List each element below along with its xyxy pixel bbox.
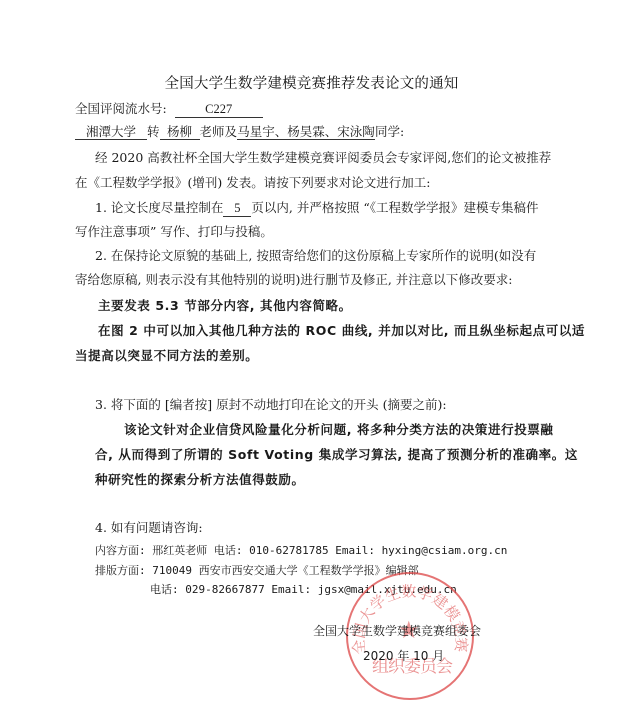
content-contact: 内容方面: 邢红英老师 电话: 010-62781785 Email: hyxi…	[95, 543, 507, 559]
requirement-2-line-2: 当提高以突显不同方法的差别。	[75, 348, 258, 364]
requirement-1: 主要发表 5.3 节部分内容, 其他内容简略。	[98, 298, 352, 314]
item-2-line-1: 2. 在保持论文原貌的基础上, 按照寄给您们的这份原稿上专家所作的说明(如没有	[95, 248, 536, 264]
editor-note-line-2: 合, 从而得到了所谓的 Soft Voting 集成学习算法, 提高了预测分析的…	[95, 447, 578, 463]
transfer-word: 转	[147, 124, 160, 139]
item-2-line-2: 寄给您原稿, 则表示没有其他特别的说明)进行删节及修正, 并注意以下修改要求:	[75, 272, 512, 288]
page-limit: 5	[223, 201, 251, 217]
item-4-heading: 4. 如有问题请咨询:	[95, 520, 203, 536]
teacher-name: 杨柳	[160, 124, 200, 140]
item-1-line-1: 1. 论文长度尽量控制在5页以内, 并严格按照 “《工程数学学报》建模专集稿件	[95, 200, 538, 217]
intro-line-1: 经 2020 高教社杯全国大学生数学建模竞赛评阅委员会专家评阅,您们的论文被推荐	[95, 150, 551, 166]
document-title: 全国大学生数学建模竞赛推荐发表论文的通知	[0, 72, 623, 93]
student-names: 马星宇、杨昊霖、宋泳陶	[237, 124, 375, 140]
notice-document: 全国大学生数学建模竞赛推荐发表论文的通知 全国评阅流水号: C227 湘潭大学转…	[0, 0, 623, 718]
signature-org: 全国大学生数学建模竞赛组委会	[313, 622, 481, 639]
teacher-suffix: 老师及	[200, 124, 238, 139]
item-1-suffix: 页以内, 并严格按照 “《工程数学学报》建模专集稿件	[251, 200, 538, 215]
serial-label: 全国评阅流水号:	[75, 101, 167, 116]
requirement-2-line-1: 在图 2 中可以加入其他几种方法的 ROC 曲线, 并加以对比, 而且纵坐标起点…	[98, 323, 585, 339]
item-3-line-1: 3. 将下面的 [编者按] 原封不动地打印在论文的开头 (摘要之前):	[95, 397, 447, 413]
addressee-line: 湘潭大学转杨柳老师及马星宇、杨昊霖、宋泳陶同学:	[75, 124, 404, 140]
editor-note-line-1: 该论文针对企业信贷风险量化分析问题, 将多种分类方法的决策进行投票融	[124, 422, 554, 438]
serial-value: C227	[175, 102, 263, 118]
students-suffix: 同学:	[375, 124, 404, 139]
university-name: 湘潭大学	[75, 124, 147, 140]
item-1-prefix: 1. 论文长度尽量控制在	[95, 200, 223, 215]
intro-line-2: 在《工程数学学报》(增刊) 发表。请按下列要求对论文进行加工:	[75, 175, 430, 191]
item-1-line-2: 写作注意事项” 写作、打印与投稿。	[75, 224, 273, 240]
editor-note-line-3: 种研究性的探索分析方法值得鼓励。	[95, 472, 305, 488]
signature-date: 2020 年 10 月	[363, 647, 444, 664]
serial-number-line: 全国评阅流水号: C227	[75, 101, 263, 118]
